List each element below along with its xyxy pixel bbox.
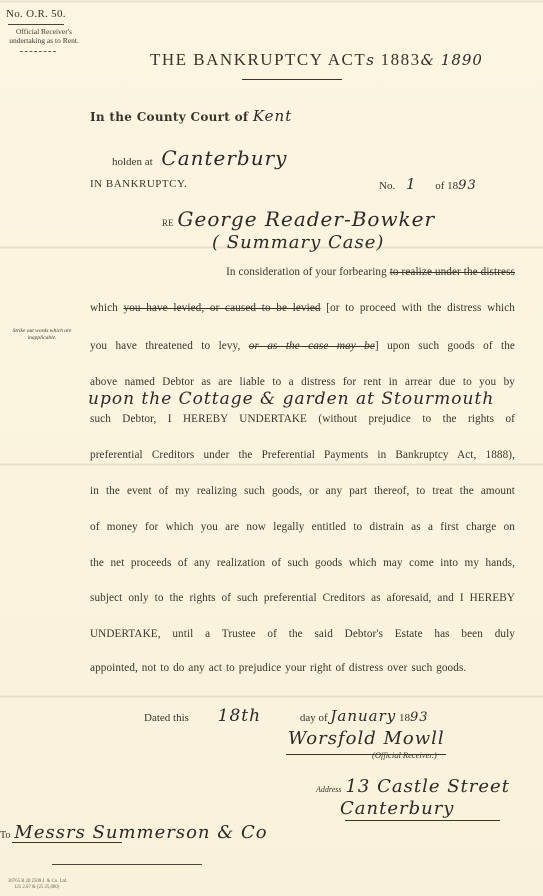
divider — [52, 864, 202, 865]
re-line: RE George Reader-Bowker — [162, 207, 435, 231]
fold-shadow — [0, 0, 543, 3]
dated-line: Dated this 18th day of January 1893 — [144, 706, 429, 726]
margin-note-line1: Strike out words which are — [0, 328, 84, 335]
re-label: RE — [162, 218, 174, 228]
body-line-4: above named Debtor as are liable to a di… — [90, 376, 515, 388]
signature-handwritten: Worsfold Mowll — [288, 728, 445, 749]
title-underline — [242, 79, 342, 80]
county-handwritten: Kent — [253, 107, 292, 125]
body-line-11: UNDERTAKE, until a Trustee of the said D… — [90, 628, 515, 640]
case-number-line: No. 1 of 1893 — [379, 175, 477, 193]
county-court-label: In the County Court of — [90, 110, 248, 124]
document-title: THE BANKRUPTCY ACTs 1883& 1890 — [150, 50, 483, 70]
title-year: 1883 — [381, 50, 421, 69]
case-year-label: of 18 — [435, 180, 458, 192]
dated-label: Dated this — [144, 712, 189, 724]
body-line-1: In consideration of your forbearing to r… — [90, 266, 515, 278]
body-text: which — [90, 302, 124, 314]
county-court-line: In the County Court of Kent — [90, 107, 292, 125]
margin-note: Strike out words which are inapplicable. — [0, 328, 84, 342]
body-text: ] upon such goods of the — [375, 340, 515, 352]
body-line-5: such Debtor, I HEREBY UNDERTAKE (without… — [90, 413, 515, 425]
struck-text: to realize under the distress — [390, 266, 515, 278]
in-bankruptcy: IN BANKRUPTCY. — [90, 178, 187, 190]
form-number: No. O.R. 50. — [6, 8, 66, 20]
divider — [8, 24, 64, 25]
body-line-10: subject only to the rights of such prefe… — [90, 592, 515, 604]
addressee-line: To Messrs Summerson & Co — [0, 822, 268, 843]
addressee-handwritten: Messrs Summerson & Co — [14, 822, 267, 843]
title-printed: THE BANKRUPTCY ACT — [150, 50, 366, 69]
form-subtitle-line1: Official Receiver's — [2, 27, 86, 36]
body-text: [or to proceed with the distress which — [321, 302, 515, 314]
insert-handwritten: upon the Cottage & garden at Stourmouth — [88, 389, 494, 409]
case-no-handwritten: 1 — [406, 175, 417, 193]
address-label: Address — [316, 785, 341, 794]
margin-note-line2: inapplicable. — [0, 335, 84, 342]
printer-imprint: 36765 B 20 2500 J. & Co. Ltd. 125 2.07 &… — [8, 879, 67, 891]
form-subtitle: Official Receiver's undertaking as to Re… — [2, 27, 86, 45]
month-label: day of — [300, 712, 328, 724]
title-handwritten-year: & 1890 — [421, 51, 483, 69]
official-receiver-label: (Official Receiver.) — [372, 750, 437, 760]
fold-shadow — [0, 695, 543, 698]
summary-case-handwritten: ( Summary Case) — [212, 232, 384, 253]
printer-line2: 125 2.07 & (25 25,000) — [8, 885, 67, 891]
addressee-underline — [12, 842, 122, 843]
body-line-6: preferential Creditors under the Prefere… — [90, 449, 515, 461]
form-subtitle-line2: undertaking as to Rent. — [2, 36, 86, 45]
title-handwritten-insert: s — [366, 51, 375, 69]
month-handwritten: January — [330, 707, 396, 725]
divider — [20, 51, 56, 52]
body-line-2: which you have levied, or caused to be l… — [90, 302, 515, 314]
body-line-12: appointed, not to do any act to prejudic… — [90, 662, 515, 674]
addressee-prefix: To — [0, 830, 10, 841]
holden-label: holden at — [112, 156, 153, 168]
debtor-handwritten: George Reader-Bowker — [178, 207, 436, 231]
address-line: Address 13 Castle Street — [316, 776, 510, 797]
struck-text: or as the case may be — [249, 340, 375, 352]
body-line-8: of money for which you are now legally e… — [90, 521, 515, 533]
body-text: you have threatened to levy, — [90, 340, 249, 352]
year-label: 18 — [399, 712, 410, 724]
holden-handwritten: Canterbury — [161, 146, 287, 170]
body-line-7: in the event of my realizing such goods,… — [90, 485, 515, 497]
address-line1-handwritten: 13 Castle Street — [345, 776, 509, 797]
document-page: No. O.R. 50. Official Receiver's underta… — [0, 0, 543, 896]
year-handwritten: 93 — [410, 710, 429, 725]
body-line-9: the net proceeds of any realization of s… — [90, 557, 515, 569]
body-line-3: you have threatened to levy, or as the c… — [90, 340, 515, 352]
holden-line: holden at Canterbury — [112, 146, 287, 170]
address-underline — [345, 820, 500, 821]
fold-shadow — [0, 463, 543, 466]
address-line2-handwritten: Canterbury — [340, 798, 454, 819]
case-year-handwritten: 93 — [458, 178, 477, 193]
case-no-label: No. — [379, 180, 395, 192]
day-handwritten: 18th — [218, 706, 261, 726]
struck-text: you have levied, or caused to be levied — [124, 302, 321, 314]
body-text: In consideration of your forbearing — [226, 266, 390, 278]
